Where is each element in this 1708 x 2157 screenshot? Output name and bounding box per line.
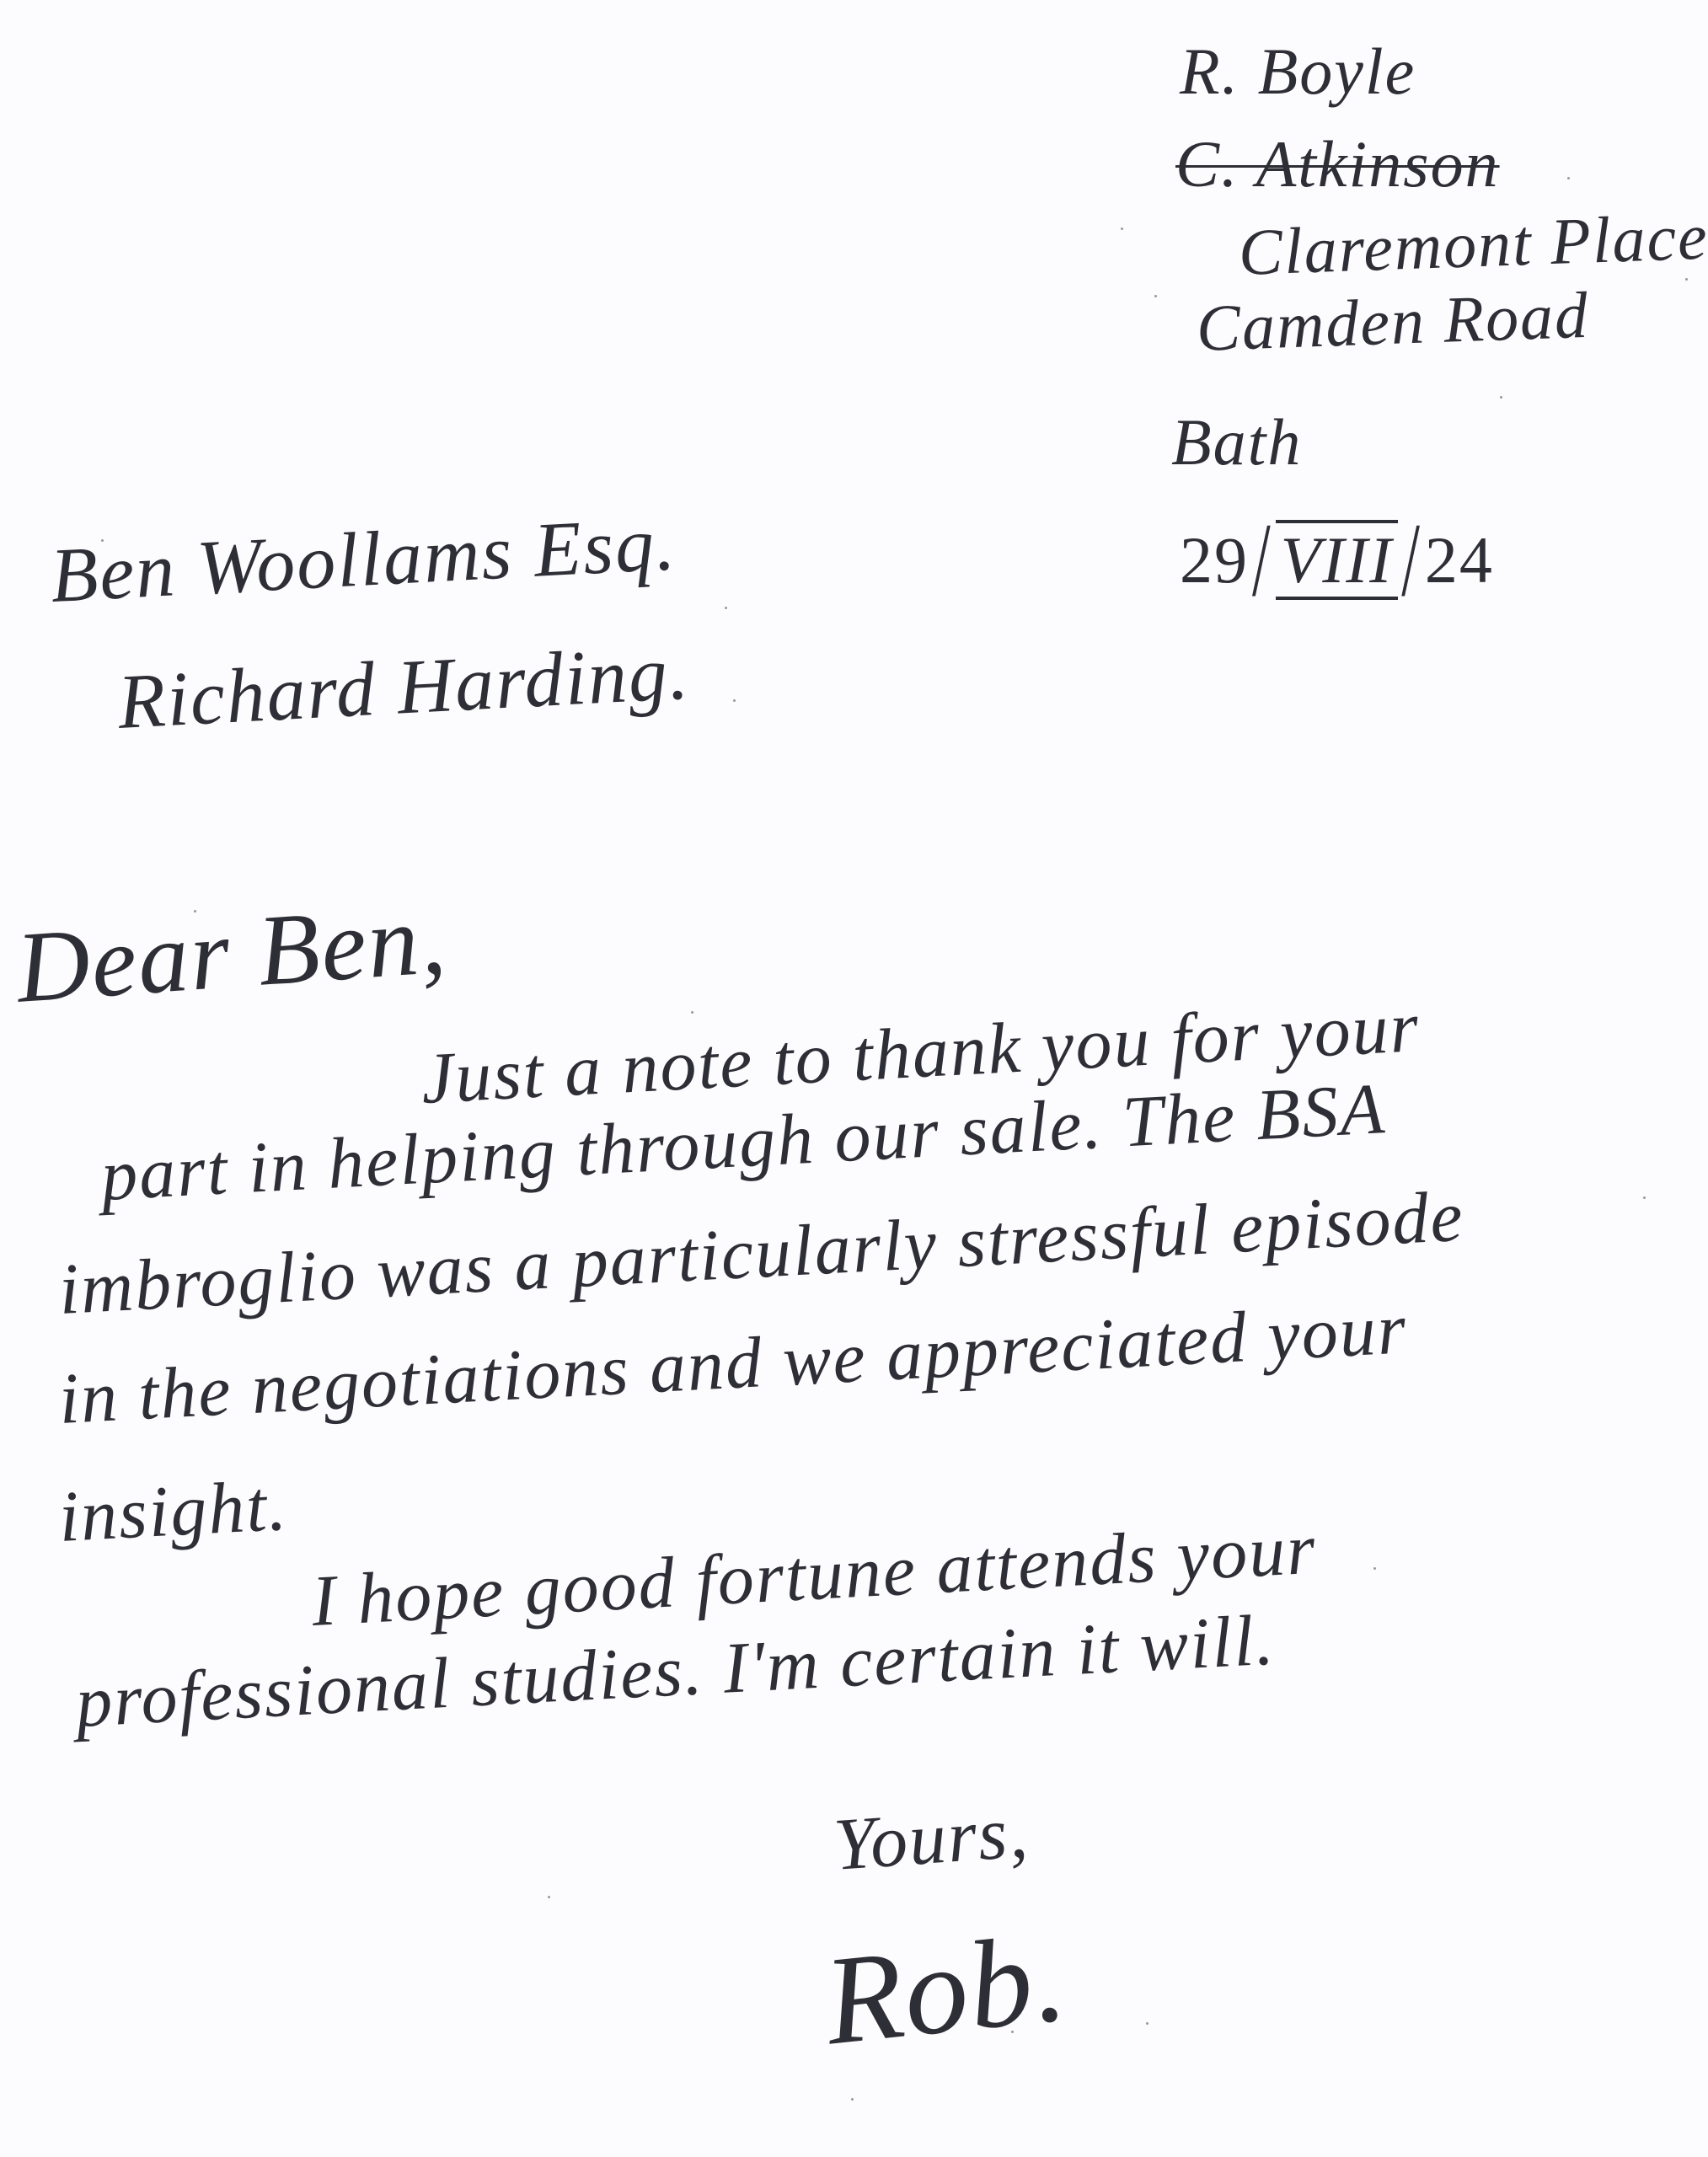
signature: Rob. <box>818 1904 1074 2074</box>
scan-speck <box>1643 1196 1646 1199</box>
sender-struck-name-line: C. Atkinson <box>1175 126 1500 202</box>
scan-speck <box>1154 295 1157 297</box>
sender-street-line: Claremont Place <box>1237 199 1708 291</box>
scan-speck <box>1121 227 1123 230</box>
scan-speck <box>1011 2031 1014 2033</box>
recipient-second-line: Richard Harding. <box>115 628 692 747</box>
scan-speck <box>101 539 104 542</box>
recipient-name-line: Ben Woollams Esq. <box>48 498 678 620</box>
scan-speck <box>1500 396 1502 399</box>
scan-speck <box>733 699 736 702</box>
scan-speck <box>194 910 196 913</box>
sender-city-line: Bath <box>1171 404 1302 480</box>
date-separator: / <box>1252 500 1272 621</box>
date-month: VIII <box>1276 520 1399 600</box>
body-line: insight. <box>56 1463 290 1559</box>
scan-speck <box>725 607 727 609</box>
closing: Yours, <box>831 1790 1031 1888</box>
date-separator: / <box>1401 500 1422 621</box>
scan-speck <box>548 1896 550 1898</box>
sender-name-line: R. Boyle <box>1180 34 1416 110</box>
sender-road-line: Camden Road <box>1195 277 1590 367</box>
salutation: Dear Ben, <box>13 880 451 1026</box>
date-day: 29 <box>1180 523 1249 597</box>
scan-speck <box>1567 177 1570 179</box>
scan-speck <box>1373 1567 1376 1570</box>
scan-speck <box>691 1011 693 1014</box>
letter-date: 29/VIII/24 <box>1180 522 1494 598</box>
date-year: 24 <box>1425 523 1494 597</box>
scan-speck <box>1146 2022 1148 2025</box>
scan-speck <box>1685 278 1688 281</box>
letter-page: R. Boyle C. Atkinson Claremont Place Cam… <box>0 0 1708 2157</box>
scan-speck <box>851 2098 854 2101</box>
